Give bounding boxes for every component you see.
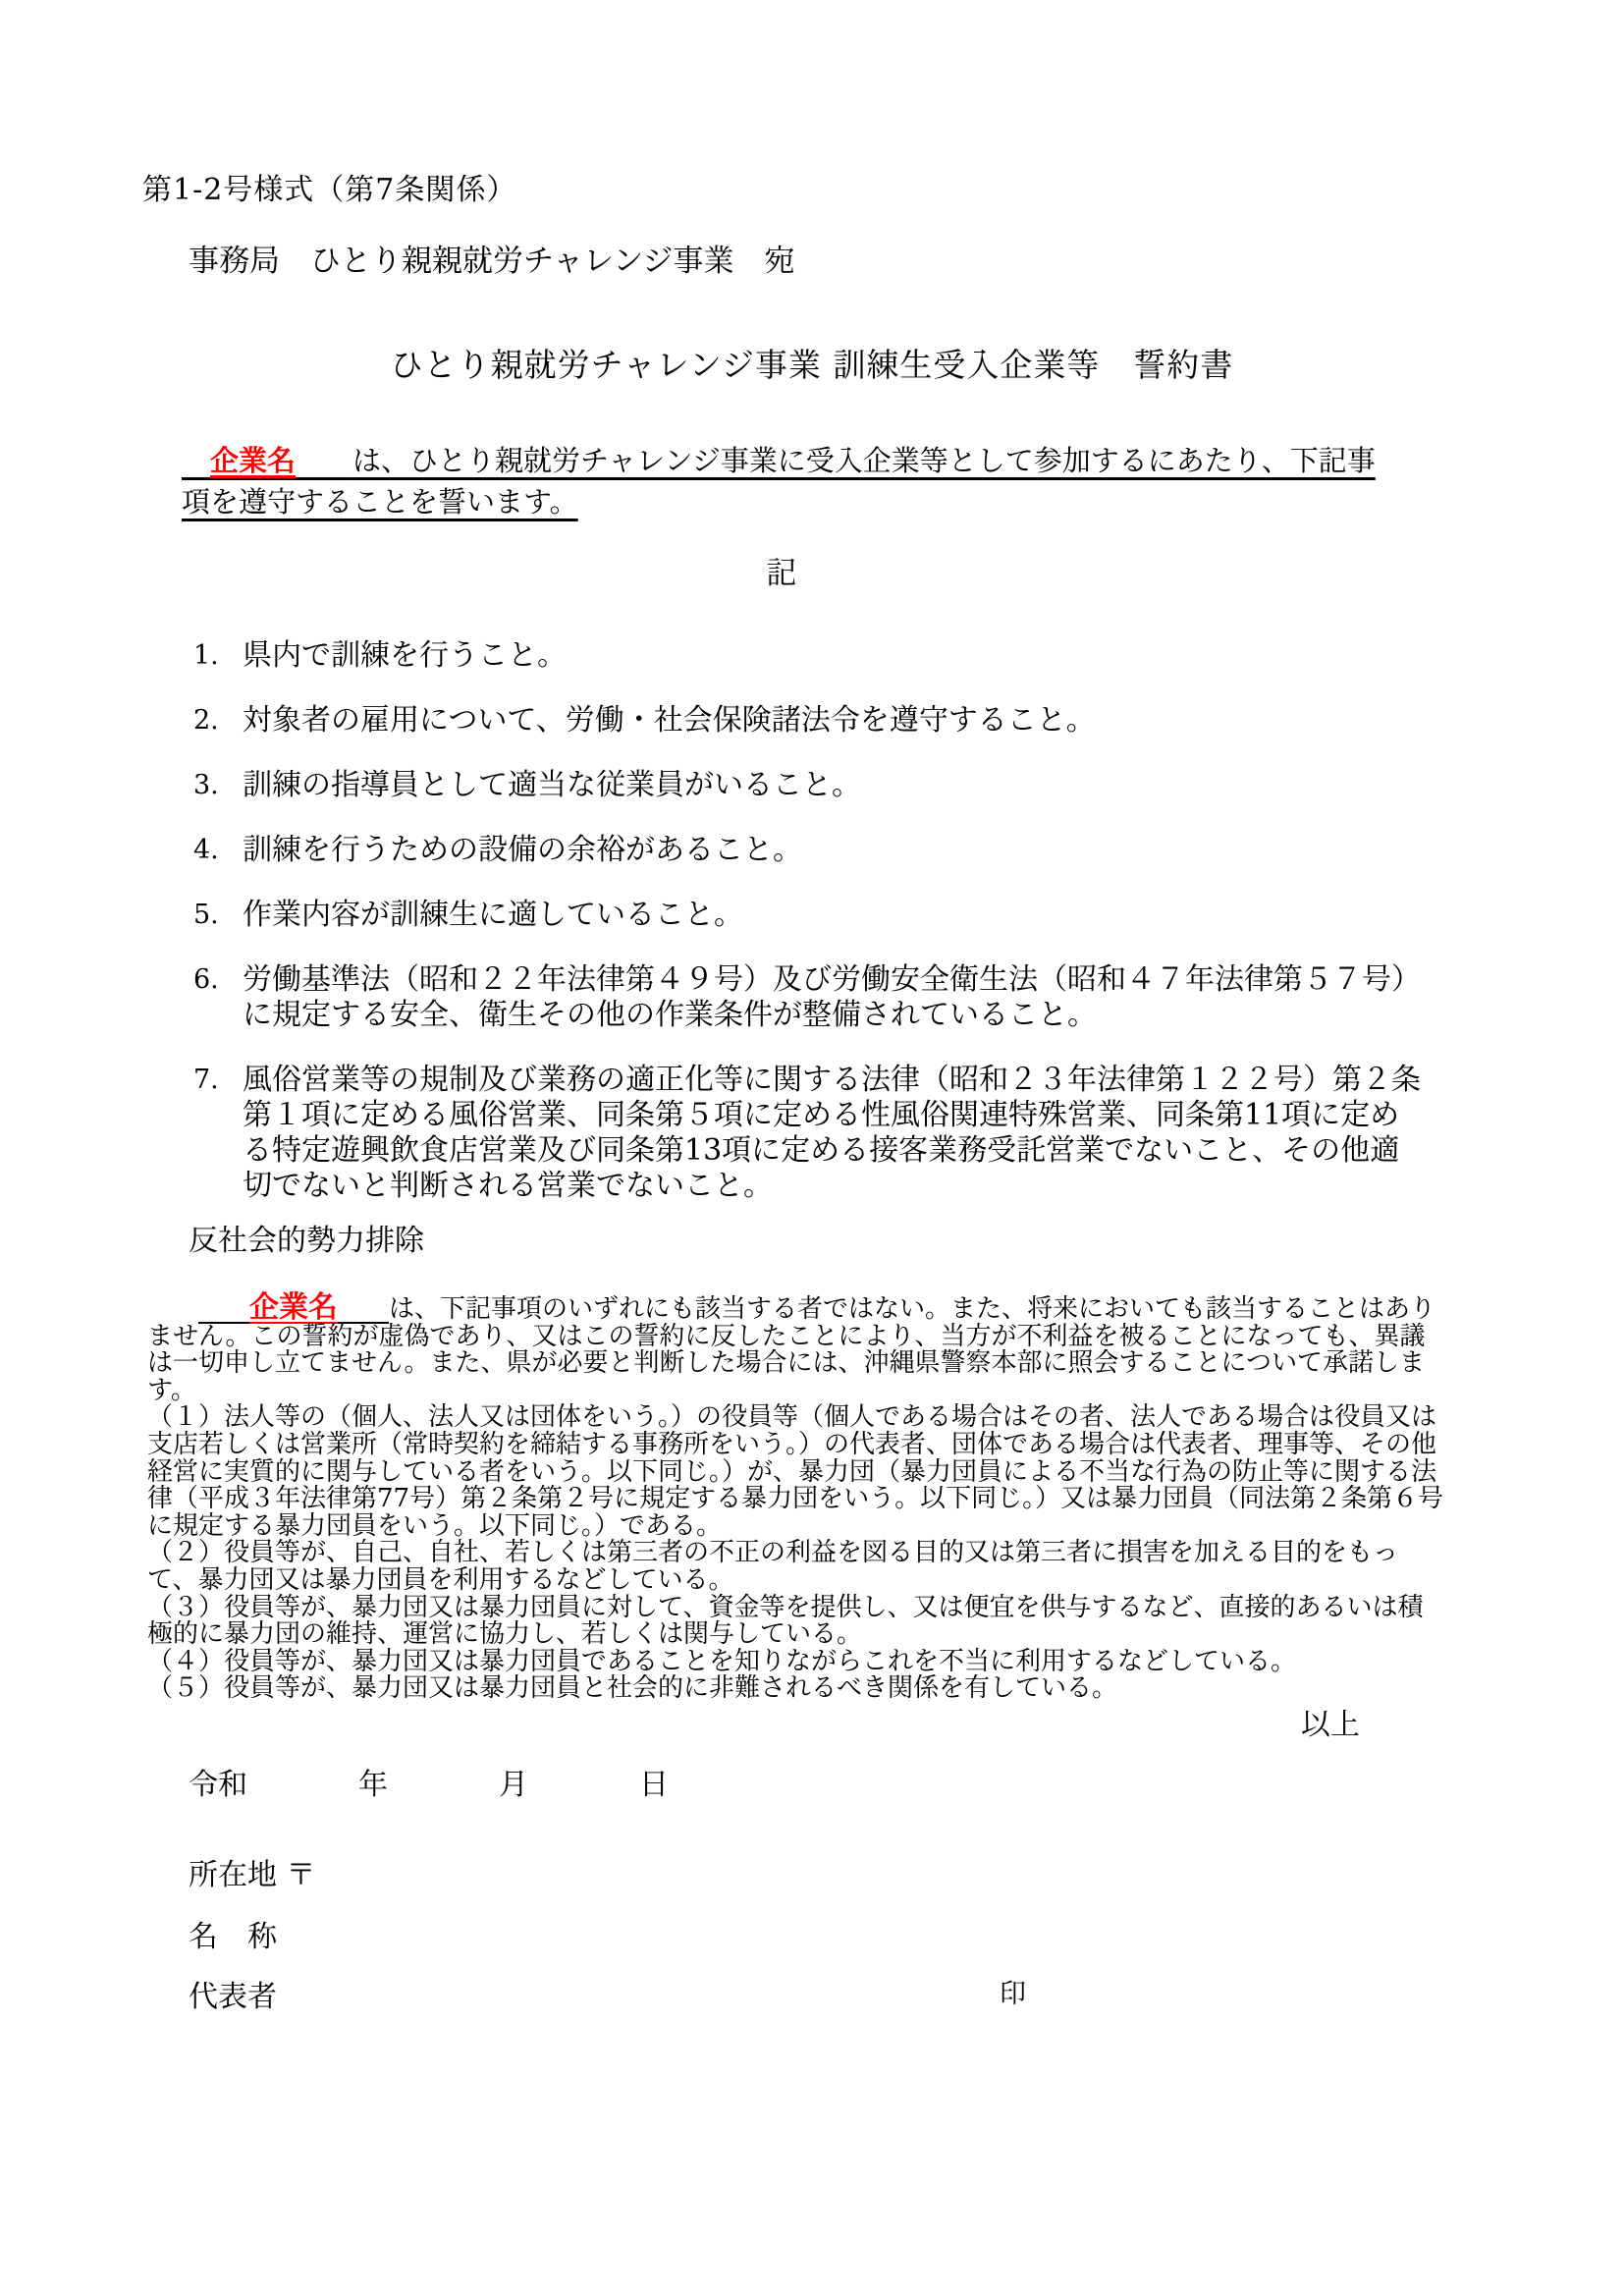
condition-item-3: 3. 訓練の指導員として適当な従業員がいること。 — [193, 768, 1431, 803]
closing-ijou: 以上 — [1301, 1700, 1360, 1743]
company-name-blank: 企業名 — [198, 1294, 389, 1324]
declaration-item-2: （２）役員等が、自己、自社、若しくは第三者の不正の利益を図る目的又は第三者に損害… — [147, 1540, 1445, 1594]
pledge-paragraph: 企業名 は、ひとり親就労チャレンジ事業に受入企業等として参加するにあたり、下記事… — [182, 440, 1381, 522]
condition-text: 県内で訓練を行うこと。 — [243, 638, 1429, 674]
condition-item-6: 6. 労働基準法（昭和２２年法律第４９号）及び労働安全衛生法（昭和４７年法律第５… — [193, 962, 1431, 1033]
pledge-mid-space — [296, 444, 352, 477]
blank-pad-left — [198, 1294, 249, 1324]
conditions-list: 1. 県内で訓練を行うこと。 2. 対象者の雇用について、労働・社会保険諸法令を… — [193, 638, 1431, 1233]
address-label: 所在地 〒 — [189, 1850, 316, 1893]
representative-label: 代表者 — [189, 1972, 277, 2015]
pledge-lead-space — [182, 444, 210, 477]
declaration-intro: 企業名 は、下記事項のいずれにも該当する者ではない。また、将来においても該当する… — [147, 1294, 1445, 1404]
date-line: 令和 年 月 日 — [0, 1760, 1624, 1799]
condition-number: 7. — [193, 1063, 243, 1098]
condition-text: 訓練を行うための設備の余裕があること。 — [243, 833, 1429, 868]
condition-number: 4. — [193, 833, 243, 868]
document-page: 第1-2号様式（第7条関係） 事務局 ひとり親親就労チャレンジ事業 宛 ひとり親… — [0, 0, 1624, 2296]
form-number: 第1-2号様式（第7条関係） — [142, 165, 516, 208]
declaration-block: 企業名 は、下記事項のいずれにも該当する者ではない。また、将来においても該当する… — [147, 1294, 1445, 1703]
date-year-label: 年 — [358, 1760, 388, 1803]
condition-text: 作業内容が訓練生に適していること。 — [243, 898, 1429, 933]
declaration-lead-space — [147, 1294, 198, 1324]
condition-number: 5. — [193, 898, 243, 933]
document-title: ひとり親就労チャレンジ事業 訓練生受入企業等 誓約書 — [0, 340, 1624, 386]
pledge-body-text: は、ひとり親就労チャレンジ事業に受入企業等として参加するにあたり、下記事項を遵守… — [182, 444, 1376, 519]
condition-item-7: 7. 風俗営業等の規制及び業務の適正化等に関する法律（昭和２３年法律第１２２号）… — [193, 1063, 1431, 1204]
condition-number: 3. — [193, 768, 243, 803]
antisocial-heading: 反社会的勢力排除 — [189, 1216, 424, 1259]
date-day-label: 日 — [639, 1760, 669, 1803]
condition-number: 2. — [193, 703, 243, 738]
ki-heading: 記 — [182, 548, 1381, 592]
condition-number: 6. — [193, 962, 243, 998]
company-name-placeholder: 企業名 — [249, 1290, 338, 1325]
blank-pad-right — [338, 1294, 389, 1324]
date-month-label: 月 — [499, 1760, 528, 1803]
condition-item-4: 4. 訓練を行うための設備の余裕があること。 — [193, 833, 1431, 868]
condition-text: 労働基準法（昭和２２年法律第４９号）及び労働安全衛生法（昭和４７年法律第５７号）… — [243, 962, 1429, 1033]
declaration-item-3: （３）役員等が、暴力団又は暴力団員に対して、資金等を提供し、又は便宜を供与するな… — [147, 1595, 1445, 1649]
condition-text: 対象者の雇用について、労働・社会保険諸法令を遵守すること。 — [243, 703, 1429, 738]
condition-item-5: 5. 作業内容が訓練生に適していること。 — [193, 898, 1431, 933]
condition-item-1: 1. 県内で訓練を行うこと。 — [193, 638, 1431, 674]
addressee-line: 事務局 ひとり親親就労チャレンジ事業 宛 — [189, 236, 795, 280]
declaration-item-1: （１）法人等の（個人、法人又は団体をいう。）の役員等（個人である場合はその者、法… — [147, 1404, 1445, 1540]
date-era-label: 令和 — [189, 1760, 247, 1803]
seal-mark: 印 — [1000, 1972, 1026, 2010]
condition-number: 1. — [193, 638, 243, 674]
condition-text: 訓練の指導員として適当な従業員がいること。 — [243, 768, 1429, 803]
condition-item-2: 2. 対象者の雇用について、労働・社会保険諸法令を遵守すること。 — [193, 703, 1431, 738]
condition-text: 風俗営業等の規制及び業務の適正化等に関する法律（昭和２３年法律第１２２号）第２条… — [243, 1063, 1429, 1204]
declaration-item-4: （４）役員等が、暴力団又は暴力団員であることを知りながらこれを不当に利用するなど… — [147, 1649, 1445, 1676]
name-label: 名 称 — [189, 1912, 277, 1955]
company-name-placeholder: 企業名 — [210, 444, 296, 477]
declaration-item-5: （５）役員等が、暴力団又は暴力団員と社会的に非難されるべき関係を有している。 — [147, 1675, 1445, 1703]
